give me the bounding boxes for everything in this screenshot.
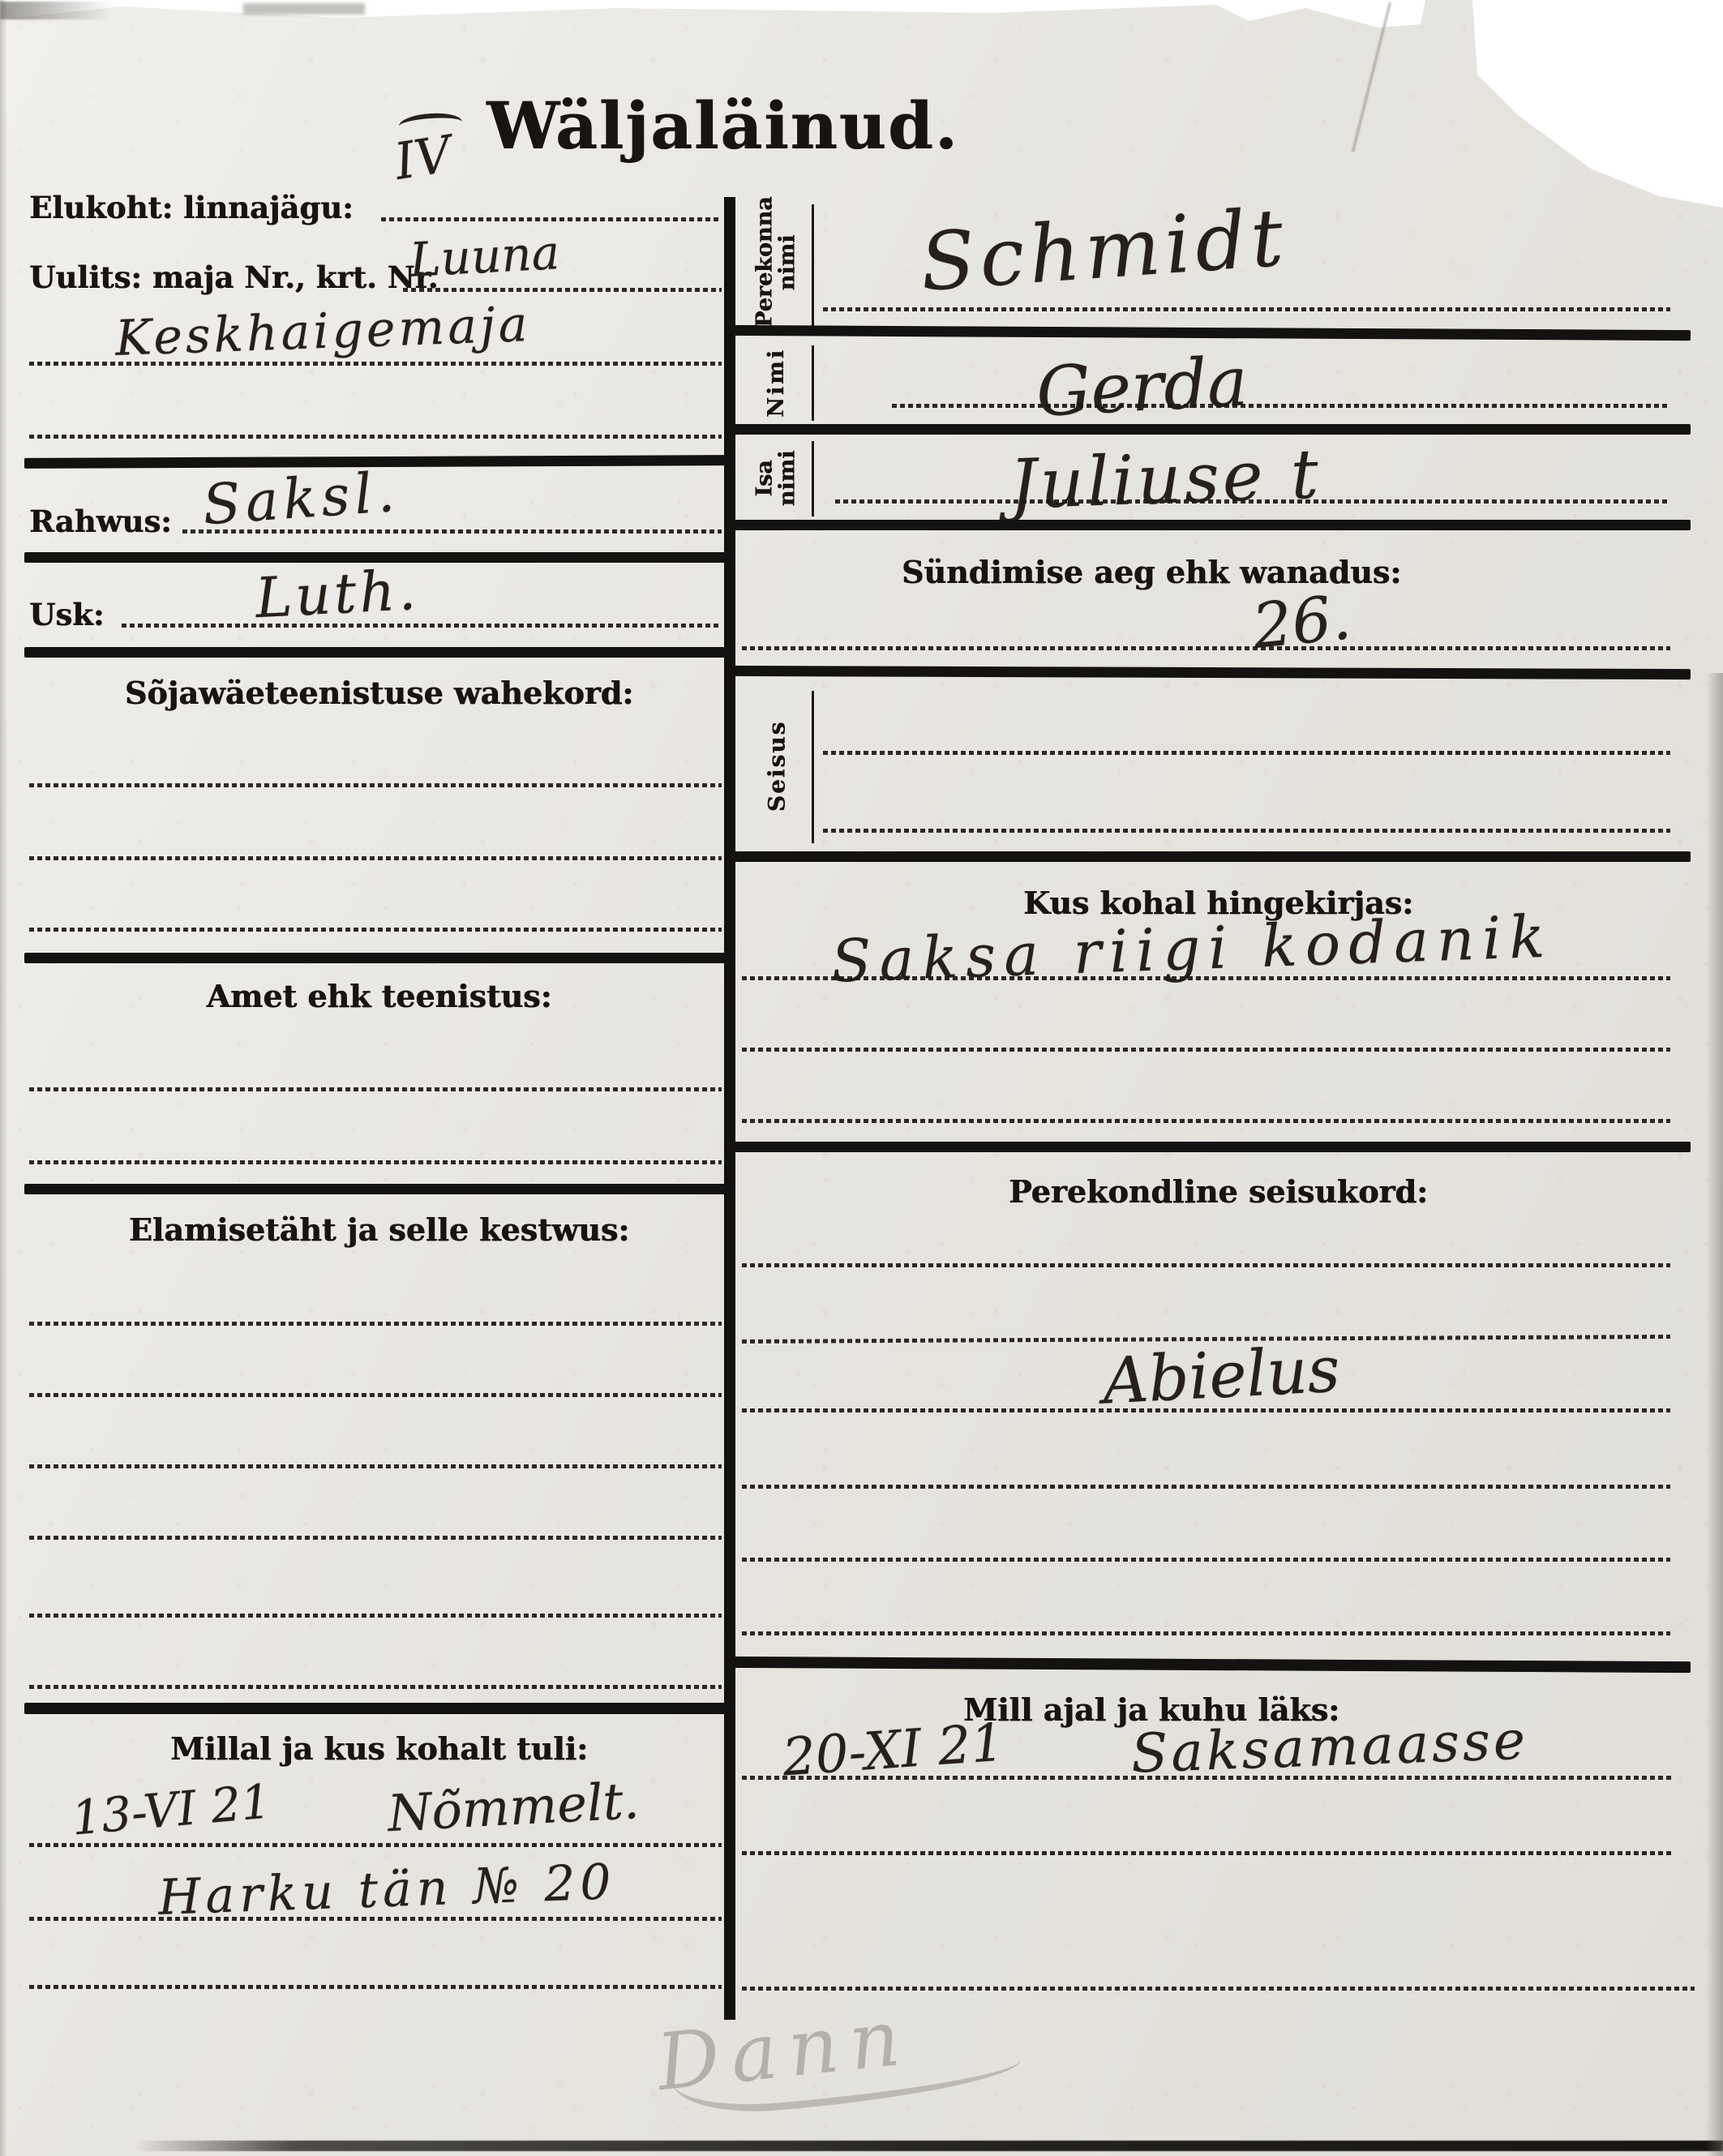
field-rahwus-value: Saksl.	[201, 461, 402, 538]
dotted-line	[29, 783, 722, 787]
dotted-line	[742, 1263, 1670, 1267]
field-usk-value: Luth.	[254, 559, 421, 631]
dotted-line	[835, 499, 1670, 504]
section-sojawae-header: Sõjawäeteenistuse wahekord:	[24, 675, 734, 711]
dotted-line	[742, 1631, 1670, 1635]
dotted-line	[29, 1087, 722, 1091]
dotted-line	[29, 1322, 722, 1326]
dotted-line	[742, 1119, 1670, 1123]
dotted-line	[742, 1776, 1674, 1780]
field-uulits-label: Uulits: maja Nr., krt. Nr.	[29, 259, 438, 295]
dotted-line	[742, 1408, 1670, 1412]
dotted-line	[29, 362, 722, 366]
field-seisus-cell: Seisus	[738, 687, 815, 846]
dotted-line	[742, 1987, 1695, 1991]
field-isa-label: Isa nimi	[753, 438, 799, 519]
field-isa-value: Juliuse t	[1008, 434, 1322, 524]
field-perekonna-label: Perekonna nimi	[753, 198, 799, 328]
dotted-line	[182, 529, 722, 534]
section-perekondline-header: Perekondline seisukord:	[742, 1173, 1695, 1210]
field-seisus-label: Seisus	[765, 685, 788, 847]
rule-heavy	[724, 851, 1691, 862]
dotted-line	[29, 1985, 722, 1989]
dotted-line	[823, 751, 1670, 755]
field-isa-cell: Isa nimi	[738, 438, 815, 518]
field-uulits-value: Luuna	[408, 225, 560, 288]
section-millal-header: Millal ja kus kohalt tuli:	[24, 1730, 734, 1767]
section-sundimise-header: Sündimise aeg ehk wanadus:	[742, 554, 1561, 590]
dotted-line	[29, 1614, 722, 1618]
dotted-line	[742, 1851, 1674, 1855]
dotted-line	[29, 856, 722, 860]
rule-heavy	[724, 520, 1691, 530]
field-perekondline-value: Abielus	[1101, 1333, 1342, 1418]
scan-smudge-top	[243, 3, 365, 15]
rule-thin-vertical	[812, 691, 814, 843]
rule-thin-vertical	[812, 345, 814, 421]
dotted-line	[29, 1843, 722, 1847]
field-nimi-value: Gerda	[1035, 341, 1250, 432]
dotted-line	[122, 624, 722, 628]
field-elukoht-label: Elukoht: linnajägu:	[29, 190, 354, 225]
dotted-line	[29, 1917, 722, 1921]
dotted-line	[29, 1160, 722, 1164]
field-rahwus-label: Rahwus:	[29, 504, 172, 539]
field-nimi-label: Nimi	[765, 340, 787, 425]
section-amet-header: Amet ehk teenistus:	[24, 978, 734, 1014]
dotted-line	[742, 1048, 1670, 1052]
field-perekonna-cell: Perekonna nimi	[738, 199, 815, 326]
rule-heavy	[24, 1184, 734, 1194]
dotted-line	[29, 1685, 722, 1689]
rule-heavy	[24, 647, 734, 658]
field-nimi-cell: Nimi	[738, 342, 815, 422]
rule-heavy	[24, 1703, 734, 1714]
dotted-line	[29, 928, 722, 932]
dotted-line	[742, 1558, 1670, 1562]
dotted-line	[823, 829, 1670, 833]
dotted-line	[29, 1464, 722, 1468]
rule-thin-vertical	[812, 204, 814, 328]
rule-heavy	[24, 953, 734, 963]
rule-thin-vertical	[812, 441, 814, 516]
scanned-form-page: Wäljaläinud. Elukoht: linnajägu: IV Uuli…	[0, 0, 1723, 2156]
section-elamisetaht-header: Elamisetäht ja selle kestwus:	[24, 1211, 734, 1248]
field-usk-label: Usk:	[29, 597, 104, 632]
rule-heavy	[724, 424, 1691, 435]
column-divider	[724, 197, 735, 2020]
dotted-line	[29, 435, 722, 439]
form-title: Wäljaläinud.	[486, 88, 876, 164]
dotted-line	[742, 1485, 1670, 1489]
dotted-line	[742, 976, 1670, 980]
dotted-line	[892, 404, 1670, 408]
rule-heavy	[724, 1142, 1691, 1152]
dotted-line	[403, 288, 722, 292]
dotted-line	[742, 646, 1670, 650]
dotted-line	[29, 1536, 722, 1540]
dotted-line	[381, 217, 722, 221]
dotted-line	[823, 307, 1670, 311]
dotted-line	[29, 1393, 722, 1397]
